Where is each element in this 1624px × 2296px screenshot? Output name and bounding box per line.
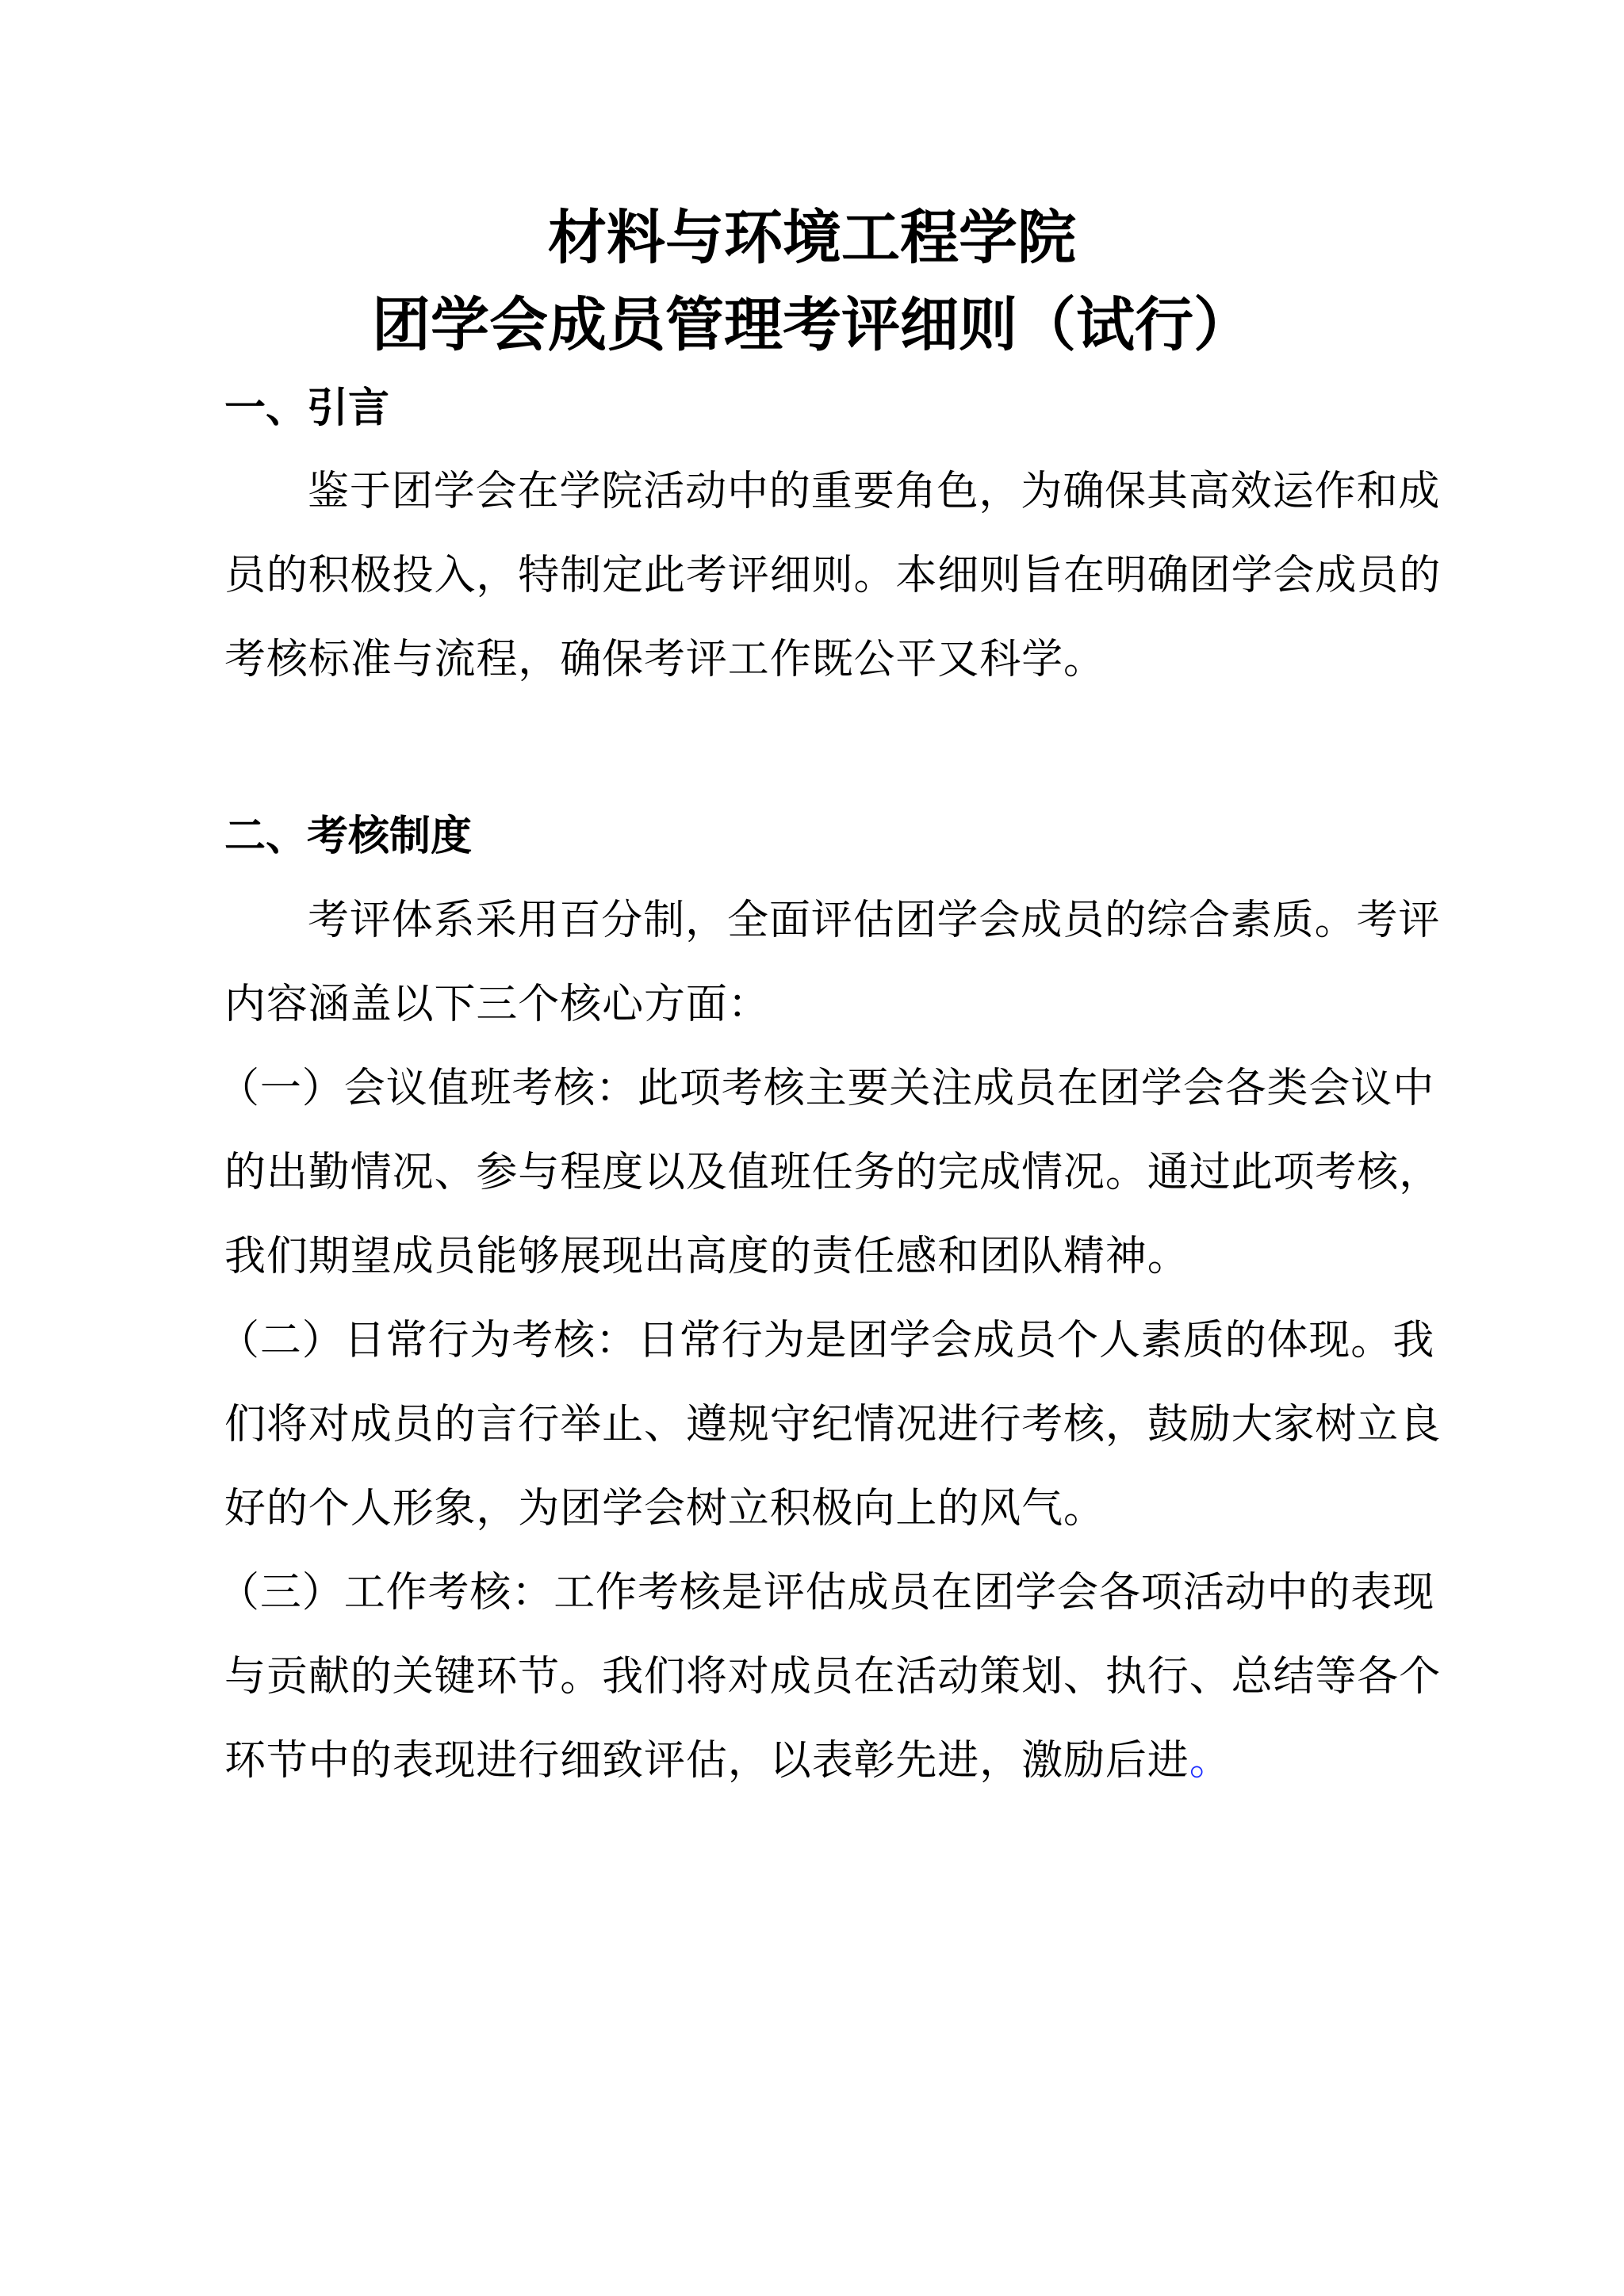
paragraph-line: 员的积极投入，特制定此考评细则。本细则旨在明确团学会成员的	[224, 550, 1400, 601]
item-work-line: （三）工作考核：工作考核是评估成员在团学会各项活动中的表现	[218, 1567, 1393, 1618]
paragraph-line: 考评体系采用百分制，全面评估团学会成员的综合素质。考评	[308, 895, 1400, 946]
item-daily-behavior-line: 好的个人形象，为团学会树立积极向上的风气。	[224, 1483, 1400, 1534]
document-title-line-1: 材料与环境工程学院	[0, 202, 1624, 274]
item-daily-behavior-line: 们将对成员的言行举止、遵规守纪情况进行考核，鼓励大家树立良	[224, 1399, 1400, 1450]
paragraph-line: 鉴于团学会在学院活动中的重要角色，为确保其高效运作和成	[308, 466, 1400, 517]
final-period-mark: 。	[1189, 1737, 1231, 1785]
item-meeting-duty-line: （一）会议值班考核：此项考核主要关注成员在团学会各类会议中	[218, 1063, 1393, 1114]
item-work-line: 与贡献的关键环节。我们将对成员在活动策划、执行、总结等各个	[224, 1651, 1400, 1702]
section-heading-introduction: 一、引言	[224, 383, 389, 434]
paragraph-line: 内容涵盖以下三个核心方面：	[224, 979, 1400, 1030]
section-heading-assessment-system: 二、考核制度	[224, 811, 472, 862]
item-work-line-last: 环节中的表现进行细致评估，以表彰先进，激励后进。	[224, 1735, 1400, 1786]
paragraph-line: 考核标准与流程，确保考评工作既公平又科学。	[224, 634, 1400, 685]
document-title-line-2: 团学会成员管理考评细则（试行）	[0, 289, 1624, 361]
document-page: 材料与环境工程学院 团学会成员管理考评细则（试行） 一、引言 鉴于团学会在学院活…	[0, 0, 1624, 2296]
item-daily-behavior-line: （二）日常行为考核：日常行为是团学会成员个人素质的体现。我	[218, 1315, 1393, 1366]
item-work-line-text: 环节中的表现进行细致评估，以表彰先进，激励后进	[224, 1737, 1189, 1785]
item-meeting-duty-line: 我们期望成员能够展现出高度的责任感和团队精神。	[224, 1231, 1400, 1282]
item-meeting-duty-line: 的出勤情况、参与程度以及值班任务的完成情况。通过此项考核，	[224, 1147, 1400, 1198]
